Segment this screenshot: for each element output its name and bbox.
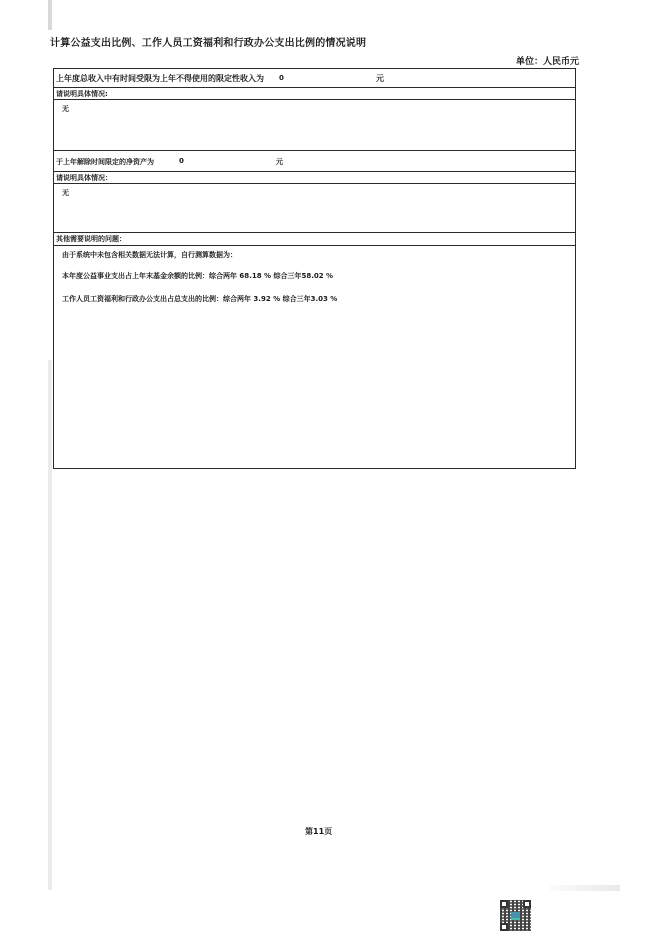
qr-code-icon: [500, 900, 531, 931]
restricted-income-currency: 元: [376, 73, 384, 84]
released-net-assets-explain-body: 无: [54, 184, 575, 233]
restricted-income-explain-label: 请说明具体情况:: [56, 89, 108, 99]
scan-smudge: [550, 885, 620, 891]
restricted-income-label: 上年度总收入中有时间受限为上年不得使用的限定性收入为: [56, 73, 264, 84]
released-net-assets-value: 0: [179, 157, 184, 165]
released-net-assets-explain-header: 请说明具体情况：: [54, 172, 575, 184]
page-number: 第11页: [305, 826, 332, 837]
other-issues-line-3: 工作人员工资福利和行政办公支出占总支出的比例：综合两年 3.92 % 综合三年3…: [62, 294, 337, 304]
qr-finder-pattern: [500, 900, 508, 908]
currency-unit-label: 单位：人民币元: [516, 54, 579, 67]
explanation-table: 上年度总收入中有时间受限为上年不得使用的限定性收入为 0 元 请说明具体情况: …: [53, 68, 576, 469]
other-issues-body: 由于系统中未包含相关数据无法计算，自行测算数据为： 本年度公益事业支出占上年末基…: [54, 246, 575, 468]
released-net-assets-explain-label: 请说明具体情况：: [56, 173, 112, 183]
other-issues-label: 其他需要说明的问题：: [56, 234, 126, 244]
restricted-income-explain-body: 无: [54, 100, 575, 151]
qr-logo-bar: [511, 918, 520, 920]
scan-edge-top: [48, 0, 52, 30]
released-net-assets-currency: 元: [276, 157, 283, 167]
scan-edge-mid: [48, 360, 52, 890]
other-issues-header: 其他需要说明的问题：: [54, 233, 575, 246]
document-title: 计算公益支出比例、工作人员工资福利和行政办公支出比例的情况说明: [50, 34, 366, 49]
released-net-assets-explain-content: 无: [62, 188, 69, 198]
restricted-income-value: 0: [279, 74, 284, 82]
restricted-income-explain-header: 请说明具体情况:: [54, 88, 575, 100]
released-net-assets-label: 于上年解除时间限定的净资产为: [56, 157, 154, 167]
restricted-income-row: 上年度总收入中有时间受限为上年不得使用的限定性收入为 0 元: [54, 69, 575, 88]
restricted-income-explain-content: 无: [62, 104, 69, 114]
other-issues-line-1: 由于系统中未包含相关数据无法计算，自行测算数据为：: [62, 250, 237, 260]
released-net-assets-row: 于上年解除时间限定的净资产为 0 元: [54, 151, 575, 172]
qr-finder-pattern: [500, 923, 508, 931]
qr-finder-pattern: [523, 900, 531, 908]
other-issues-line-2: 本年度公益事业支出占上年末基金余额的比例：综合两年 68.18 % 综合三年58…: [62, 271, 333, 281]
